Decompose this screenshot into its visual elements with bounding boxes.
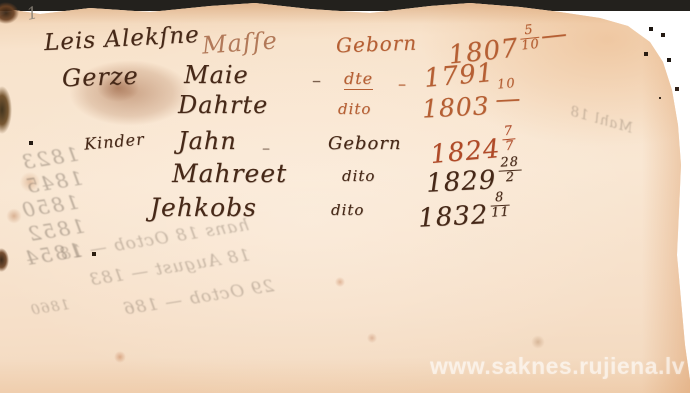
person-given-name: Maie xyxy=(184,61,249,89)
born-label: Geborn xyxy=(328,133,402,154)
birth-year: 1803 xyxy=(421,91,490,123)
dash: — xyxy=(495,83,522,113)
person-name: Gerze xyxy=(62,62,140,93)
ink-specks xyxy=(0,0,2,2)
scanned-register-page: 1823 1845 1850 1852 1854 hans 18 Octob —… xyxy=(0,0,690,393)
person-given-name: Mahreet xyxy=(172,159,287,188)
date-fraction: 282 xyxy=(498,157,522,186)
dash: – xyxy=(262,138,271,157)
head-surname: Maſſe xyxy=(201,26,279,59)
ditto-label: dito xyxy=(338,100,371,118)
dash: – xyxy=(312,70,322,91)
ditto-label: dte xyxy=(344,69,373,90)
birth-date: 1832811 xyxy=(417,192,511,234)
person-given-name: Jehkobs xyxy=(150,193,257,222)
date-fraction: 811 xyxy=(490,192,510,221)
birth-date: 1803— xyxy=(421,89,522,123)
dash: — xyxy=(539,19,569,52)
birth-year: 1791 xyxy=(423,58,496,94)
date-fraction: 77 xyxy=(501,125,517,154)
person-given-name: Dahrte xyxy=(178,91,268,119)
date-fraction: 510 xyxy=(519,24,540,53)
ditto-label: dito xyxy=(342,167,375,185)
dash: – xyxy=(398,74,407,93)
ditto-label: dito xyxy=(331,201,364,219)
birth-year: 1832 xyxy=(417,200,489,234)
site-watermark: www.saknes.rujiena.lv xyxy=(430,353,685,380)
born-label: Geborn xyxy=(336,31,418,58)
person-given-name: Jahn xyxy=(178,127,237,155)
paper-sheet xyxy=(0,0,690,393)
